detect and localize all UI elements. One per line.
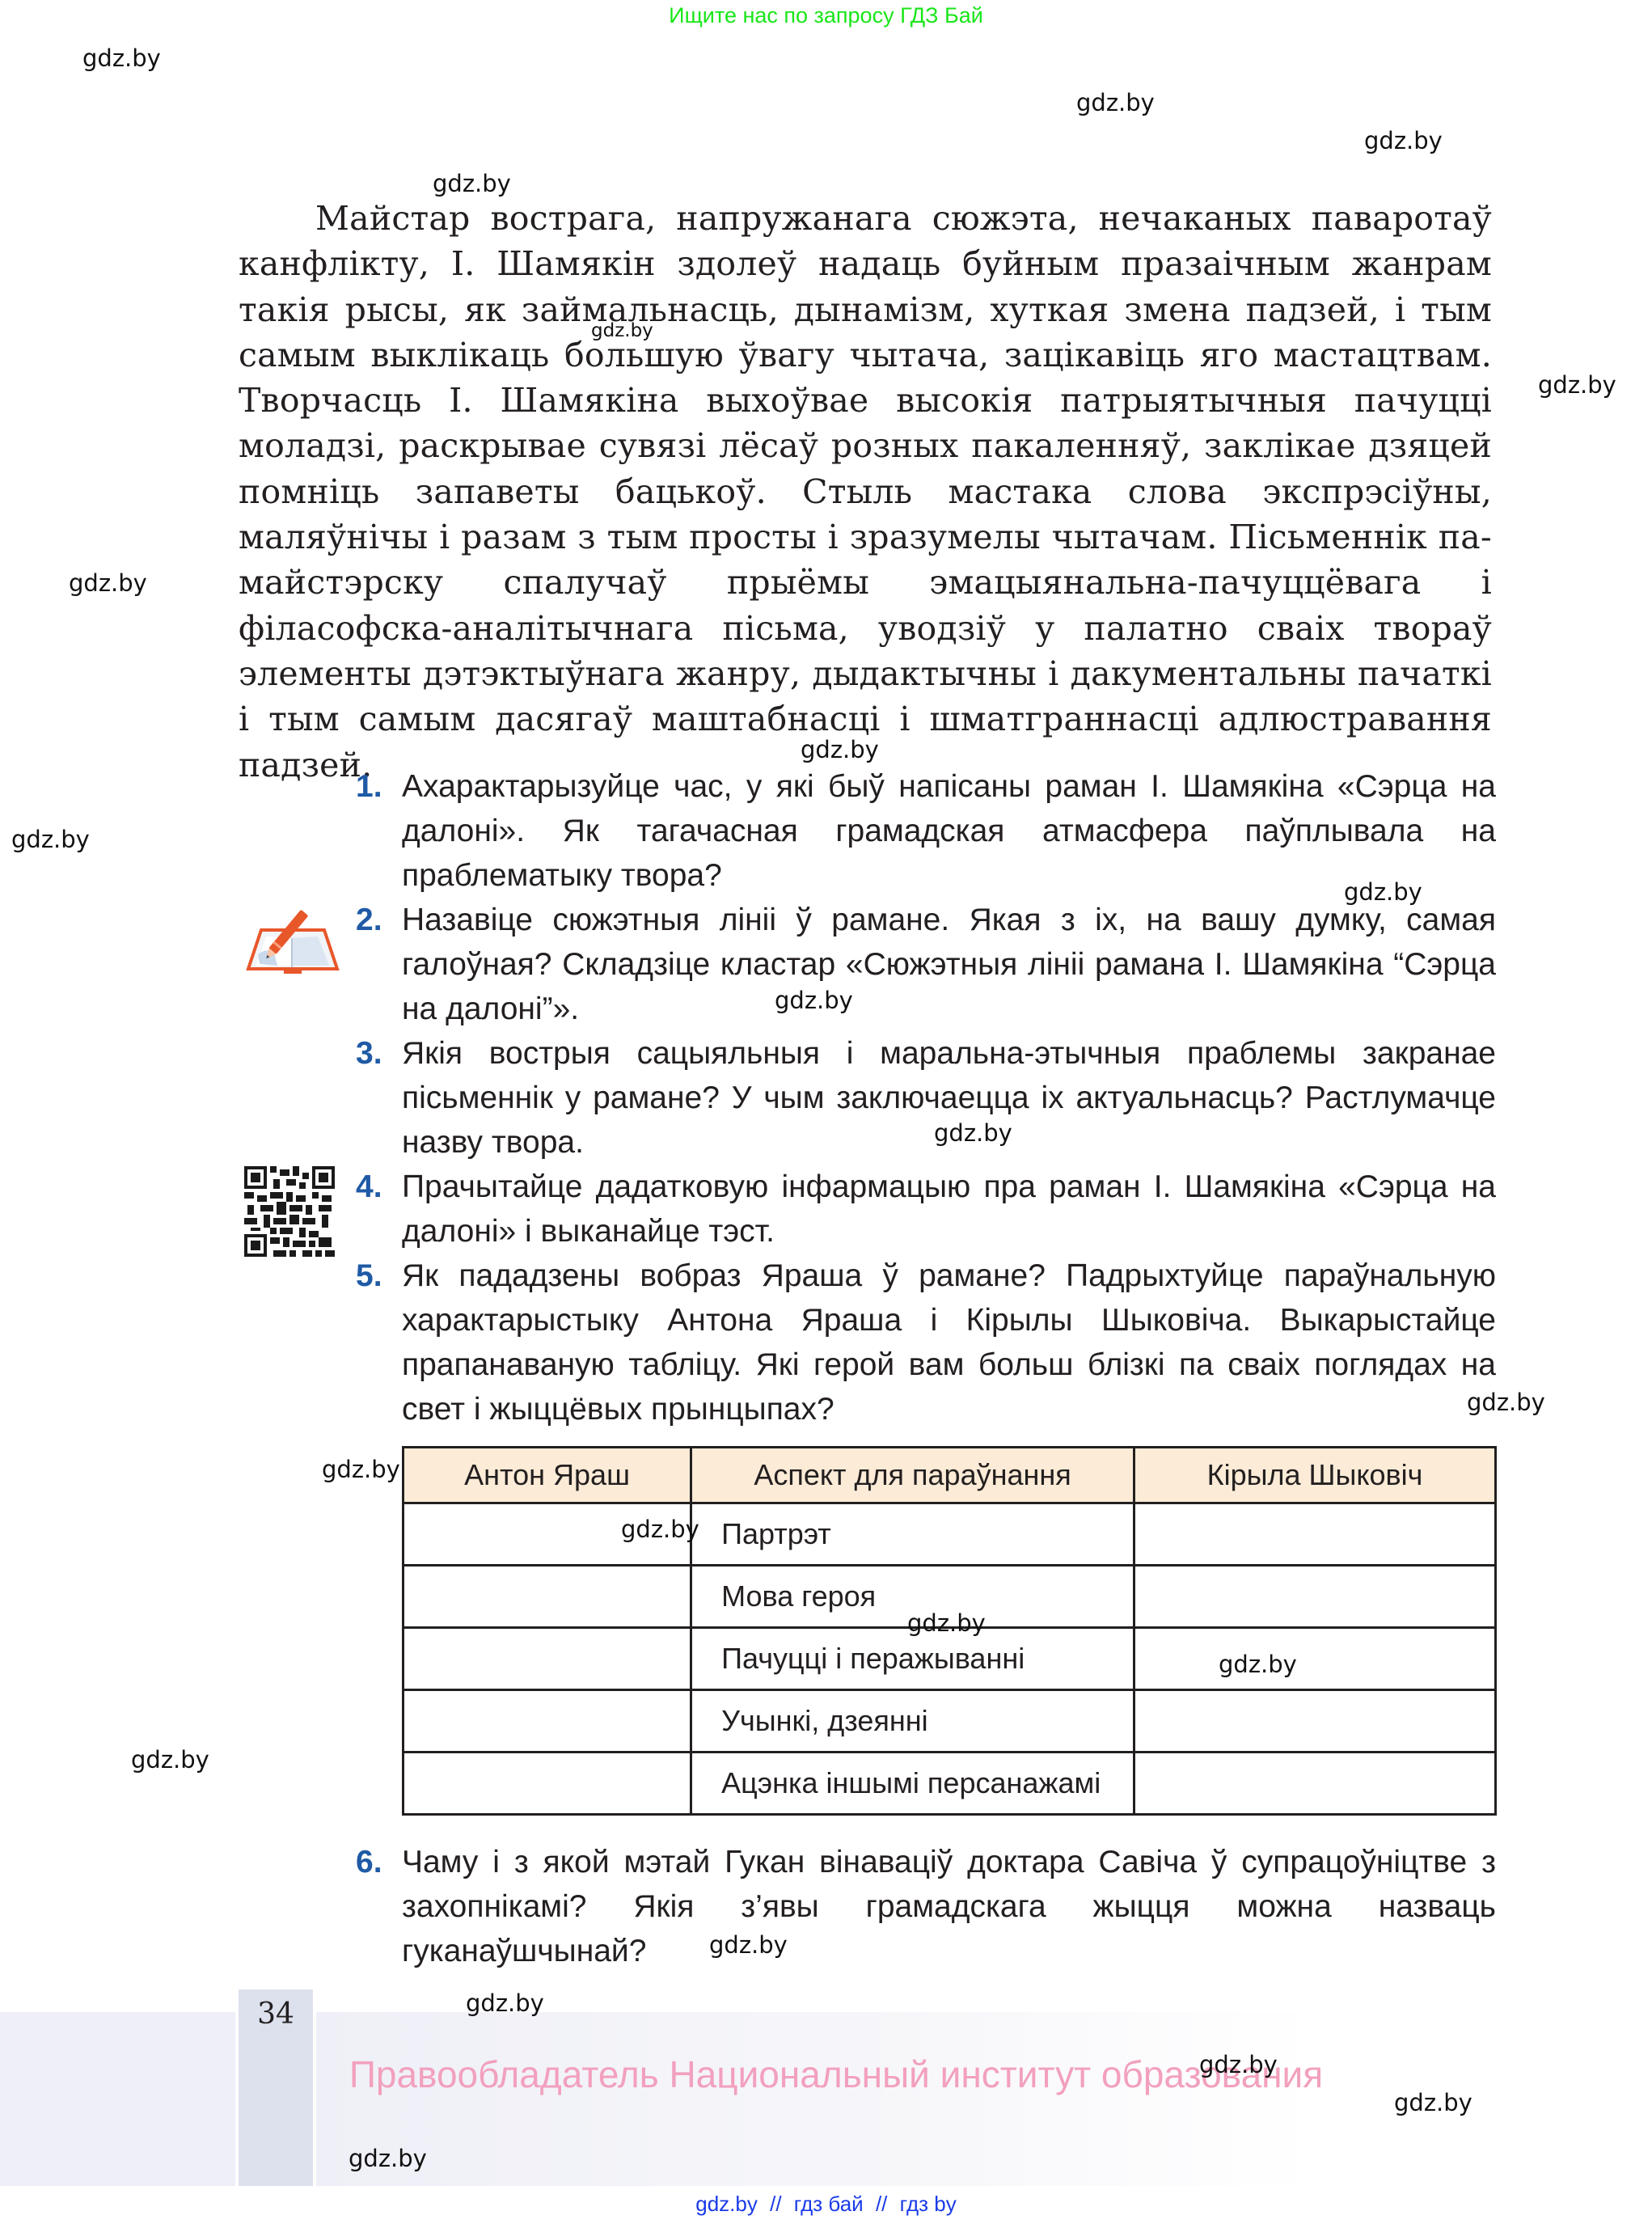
question-number: 4.: [356, 1165, 382, 1209]
table-row: Пачуцці і перажыванні: [403, 1628, 1496, 1690]
table-header-row: Антон Яраш Аспект для параўнання Кірыла …: [403, 1448, 1496, 1503]
footer-separator: //: [876, 2192, 887, 2216]
question-text: Як пададзены вобраз Яраша ў рамане? Падр…: [402, 1254, 1496, 1431]
table-cell: [1134, 1628, 1496, 1690]
question-text: Назавіце сюжэтныя лініі ў рамане. Якая з…: [402, 898, 1496, 1031]
table-header-cell: Антон Яраш: [403, 1448, 691, 1503]
table-cell: [1134, 1566, 1496, 1628]
question-1: 1. Ахарактарызуйце час, у які быў напіса…: [356, 764, 1496, 898]
table-cell: [403, 1566, 691, 1628]
table-cell-aspect: Учынкі, дзеянні: [691, 1690, 1134, 1753]
search-banner: Ищите нас по запросу ГДЗ Бай: [0, 3, 1652, 28]
watermark: gdz.by: [1394, 2089, 1472, 2116]
table-cell: [1134, 1503, 1496, 1566]
watermark: gdz.by: [69, 569, 147, 597]
notebook-pencil-icon: [240, 906, 345, 979]
footer-link[interactable]: gdz.by: [695, 2192, 758, 2216]
question-text: Прачытайце дадатковую інфармацыю пра рам…: [402, 1165, 1496, 1254]
watermark: gdz.by: [907, 1609, 986, 1637]
watermark: gdz.by: [1199, 2051, 1278, 2078]
question-number: 2.: [356, 898, 382, 942]
question-number: 6.: [356, 1840, 382, 1884]
question-number: 1.: [356, 764, 382, 809]
footer-links: gdz.by // гдз бай // гдз by: [0, 2192, 1652, 2217]
watermark: gdz.by: [11, 826, 90, 853]
footer-link[interactable]: гдз бай: [794, 2192, 864, 2216]
footer-band: [0, 2012, 235, 2186]
table-header-cell: Аспект для параўнання: [691, 1448, 1134, 1503]
table-cell: [1134, 1690, 1496, 1753]
watermark: gdz.by: [1219, 1651, 1297, 1678]
footer-separator: //: [770, 2192, 781, 2216]
page-number: 34: [239, 1998, 313, 2031]
question-text: Ахарактарызуйце час, у які быў напісаны …: [402, 764, 1496, 898]
question-4: 4. Прачытайце дадатковую інфармацыю пра …: [356, 1165, 1496, 1254]
table-cell: [1134, 1753, 1496, 1815]
question-text: Чаму і з якой мэтай Гукан вінаваціў докт…: [402, 1840, 1496, 1973]
watermark: gdz.by: [433, 170, 511, 197]
watermark: gdz.by: [621, 1516, 699, 1543]
table-cell: [403, 1753, 691, 1815]
table-header-cell: Кірыла Шыковіч: [1134, 1448, 1496, 1503]
table-cell: [403, 1628, 691, 1690]
footer-link[interactable]: гдз by: [900, 2192, 957, 2216]
table-cell-aspect: Пачуцці і перажыванні: [691, 1628, 1134, 1690]
question-number: 5.: [356, 1254, 382, 1298]
watermark: gdz.by: [1364, 127, 1443, 154]
question-5: 5. Як пададзены вобраз Яраша ў рамане? П…: [356, 1254, 1496, 1431]
question-text: Якія вострыя сацыяльныя і маральна-этычн…: [402, 1031, 1496, 1165]
question-6: 6. Чаму і з якой мэтай Гукан вінаваціў д…: [356, 1840, 1496, 1973]
table-row: Партрэт: [403, 1503, 1496, 1566]
table-cell: [403, 1690, 691, 1753]
watermark: gdz.by: [322, 1456, 400, 1483]
watermark: gdz.by: [82, 44, 161, 72]
question-2: 2. Назавіце сюжэтныя лініі ў рамане. Яка…: [356, 898, 1496, 1031]
watermark: gdz.by: [131, 1746, 209, 1774]
watermark: gdz.by: [1076, 89, 1155, 116]
question-3: 3. Якія вострыя сацыяльныя і маральна-эт…: [356, 1031, 1496, 1165]
table-row: Учынкі, дзеянні: [403, 1690, 1496, 1753]
table-cell-aspect: Партрэт: [691, 1503, 1134, 1566]
watermark: gdz.by: [466, 1989, 544, 2017]
table-cell-aspect: Ацэнка іншымі персанажамі: [691, 1753, 1134, 1815]
intro-paragraph-text: Майстар вострага, напружанага сюжэта, не…: [239, 199, 1492, 784]
watermark: gdz.by: [1538, 371, 1616, 399]
intro-paragraph: Майстар вострага, напружанага сюжэта, не…: [239, 196, 1492, 788]
table-row: Ацэнка іншымі персанажамі: [403, 1753, 1496, 1815]
watermark: gdz.by: [349, 2145, 427, 2172]
question-number: 3.: [356, 1031, 382, 1076]
qr-code-icon[interactable]: [244, 1166, 335, 1257]
